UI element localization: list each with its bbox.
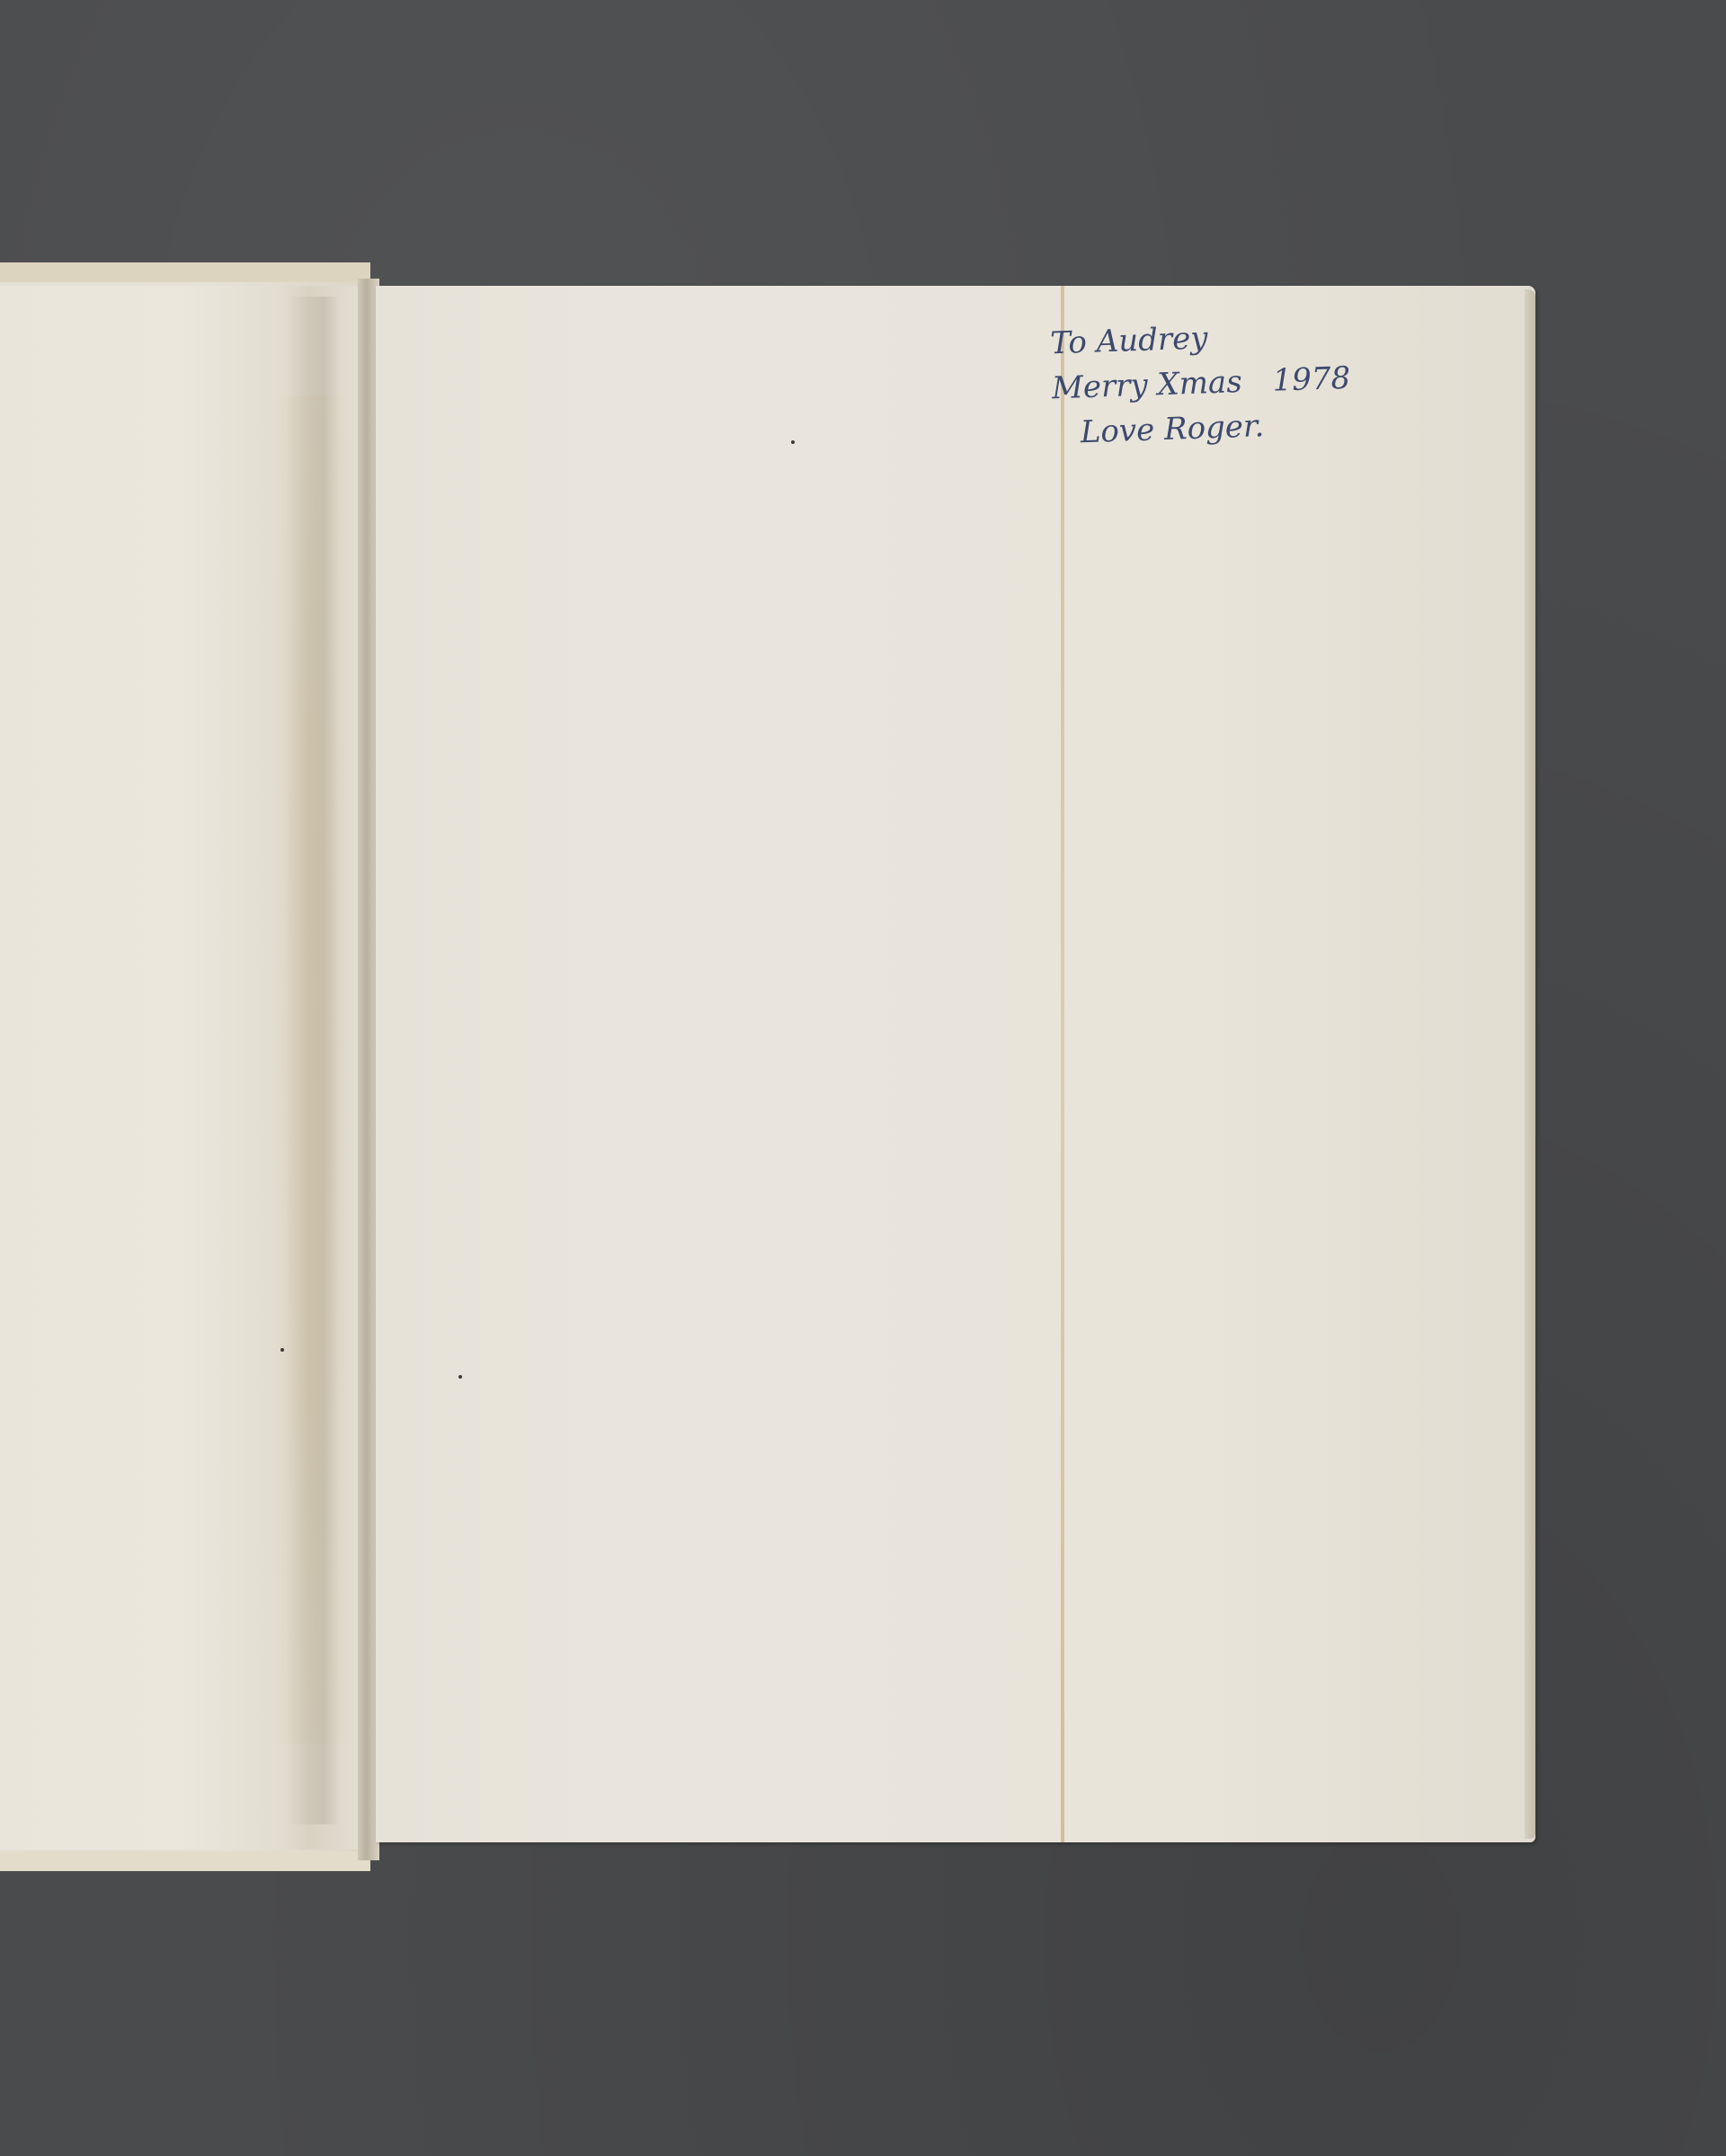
paper-speck	[458, 1375, 462, 1379]
right-endpaper	[376, 286, 1535, 1842]
paper-speck	[280, 1348, 284, 1352]
greeting-text: Merry Xmas	[1051, 364, 1242, 406]
page-fore-edge	[1525, 289, 1535, 1839]
paper-speck	[791, 440, 795, 444]
book-photo: To Audrey Merry Xmas1978 Love Roger.	[0, 0, 1726, 2156]
vertical-fold-stain	[1061, 286, 1064, 1842]
inscription-year: 1978	[1272, 360, 1351, 399]
handwritten-inscription: To Audrey Merry Xmas1978 Love Roger.	[1041, 307, 1441, 456]
hinge-crease	[286, 297, 340, 1824]
